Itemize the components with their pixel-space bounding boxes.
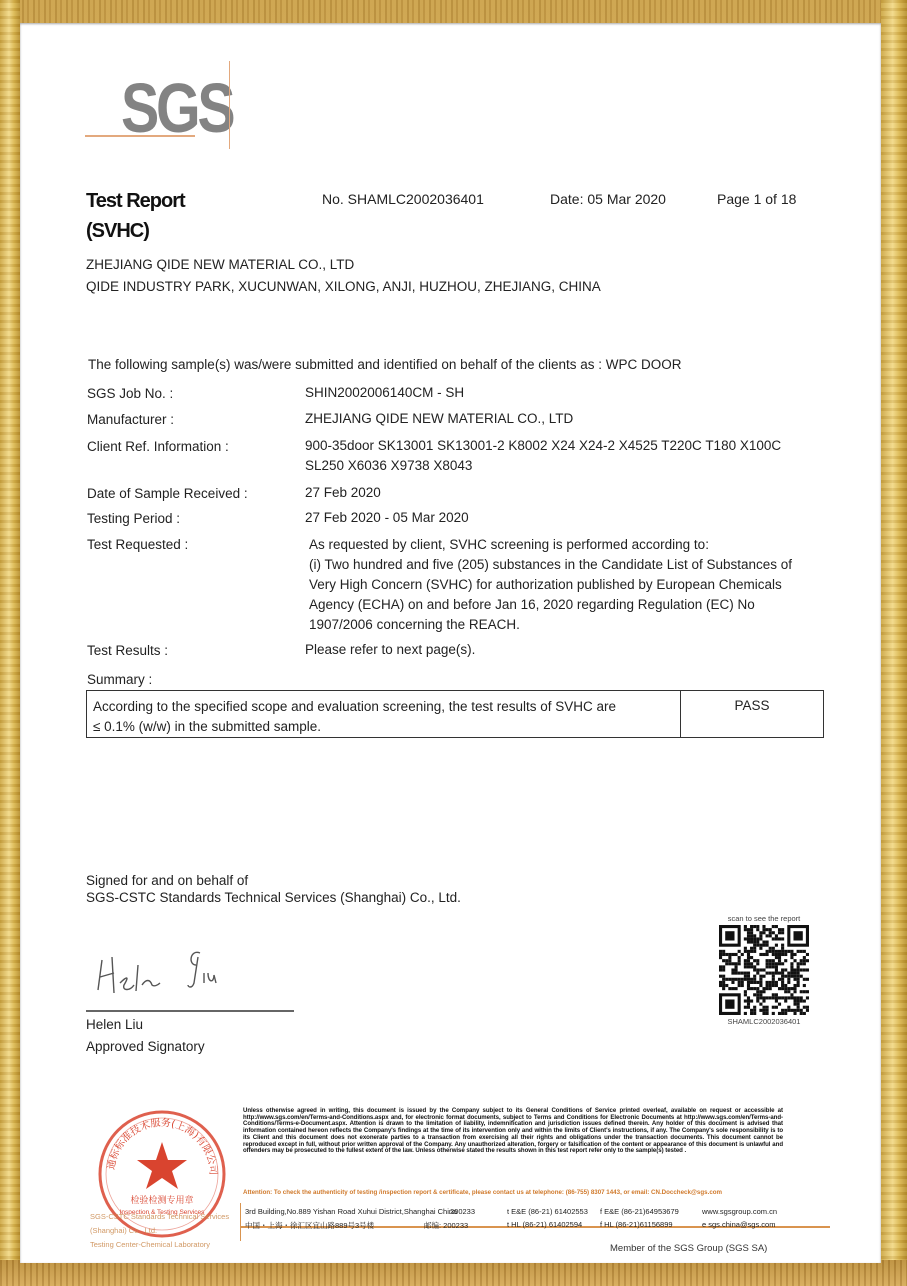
- logo-underline: [85, 135, 195, 137]
- footer-email-link[interactable]: e sgs.china@sgs.com: [702, 1220, 775, 1229]
- test-requested-line: (i) Two hundred and five (205) substance…: [309, 555, 792, 575]
- summary-table: According to the specified scope and eva…: [86, 690, 824, 738]
- manufacturer-label: Manufacturer :: [87, 412, 174, 427]
- report-title: Test Report (SVHC): [86, 186, 185, 246]
- qr-report-id: SHAMLC2002036401: [716, 1017, 812, 1026]
- test-requested-value: As requested by client, SVHC screening i…: [309, 535, 792, 635]
- test-requested-line: As requested by client, SVHC screening i…: [309, 535, 792, 555]
- footer-postcode-cn: 邮编: 200233: [424, 1220, 468, 1231]
- signature-line: [86, 1010, 294, 1012]
- summary-text-line2: ≤ 0.1% (w/w) in the submitted sample.: [93, 717, 674, 737]
- sample-intro: The following sample(s) was/were submitt…: [88, 357, 682, 372]
- title-line1: Test Report: [86, 186, 185, 216]
- summary-label: Summary :: [87, 672, 152, 687]
- job-no-value: SHIN2002006140CM - SH: [305, 383, 464, 403]
- qr-code-icon[interactable]: [719, 925, 809, 1015]
- client-ref-value: 900-35door SK13001 SK13001-2 K8002 X24 X…: [305, 436, 781, 476]
- summary-text-line1: According to the specified scope and eva…: [93, 697, 674, 717]
- testing-period-label: Testing Period :: [87, 511, 180, 526]
- test-requested-line: Agency (ECHA) on and before Jan 16, 2020…: [309, 595, 792, 615]
- report-number: No. SHAMLC2002036401: [322, 191, 484, 207]
- test-requested-label: Test Requested :: [87, 537, 188, 552]
- authenticity-notice: Attention: To check the authenticity of …: [243, 1189, 788, 1197]
- title-line2: (SVHC): [86, 216, 185, 246]
- stamp-caption-line1: SGS-CSTC Standards Technical Services (S…: [90, 1210, 245, 1238]
- member-of-sgs: Member of the SGS Group (SGS SA): [610, 1243, 767, 1254]
- test-requested-line: Very High Concern (SVHC) for authorizati…: [309, 575, 792, 595]
- footer-tel-hl: t HL (86-21) 61402594: [507, 1220, 582, 1229]
- stamp-caption: SGS-CSTC Standards Technical Services (S…: [90, 1210, 245, 1252]
- footer-address-en: 3rd Building,No.889 Yishan Road Xuhui Di…: [245, 1207, 457, 1216]
- signature-icon: [92, 935, 252, 1005]
- svg-text:检验检测专用章: 检验检测专用章: [130, 1194, 193, 1206]
- stamp-caption-line2: Testing Center-Chemical Laboratory: [90, 1238, 245, 1252]
- sgs-logo: SGS: [85, 60, 275, 150]
- footer-address-cn: 中国・上海・徐汇区宜山路889号3号楼: [245, 1220, 374, 1231]
- page-indicator: Page 1 of 18: [717, 191, 796, 207]
- test-results-value: Please refer to next page(s).: [305, 640, 475, 660]
- test-results-label: Test Results :: [87, 643, 168, 658]
- date-received-label: Date of Sample Received :: [87, 486, 248, 501]
- client-ref-line2: SL250 X6036 X9738 X8043: [305, 456, 781, 476]
- qr-caption: scan to see the report: [716, 914, 812, 923]
- signatory-name: Helen Liu: [86, 1017, 143, 1032]
- date-received-value: 27 Feb 2020: [305, 483, 381, 503]
- footer-fax-hl: f HL (86-21)61156899: [600, 1220, 673, 1229]
- handwritten-signature: [92, 935, 252, 1005]
- logo-vertical-line: [229, 61, 230, 149]
- client-name: ZHEJIANG QIDE NEW MATERIAL CO., LTD: [86, 257, 354, 272]
- client-ref-label: Client Ref. Information :: [87, 439, 229, 454]
- client-address: QIDE INDUSTRY PARK, XUCUNWAN, XILONG, AN…: [86, 279, 601, 294]
- client-ref-line1: 900-35door SK13001 SK13001-2 K8002 X24 X…: [305, 436, 781, 456]
- footer-tel-ee: t E&E (86-21) 61402553: [507, 1207, 588, 1216]
- signed-on-behalf: Signed for and on behalf of SGS-CSTC Sta…: [86, 872, 461, 906]
- signatory-role: Approved Signatory: [86, 1039, 205, 1054]
- frame-bottom: [0, 1260, 907, 1286]
- frame-right: [881, 0, 907, 1286]
- signed-line2: SGS-CSTC Standards Technical Services (S…: [86, 889, 461, 906]
- manufacturer-value: ZHEJIANG QIDE NEW MATERIAL CO., LTD: [305, 409, 573, 429]
- signed-line1: Signed for and on behalf of: [86, 872, 461, 889]
- legal-disclaimer: Unless otherwise agreed in writing, this…: [243, 1108, 783, 1155]
- footer-divider-vertical: [240, 1203, 241, 1241]
- qr-block: scan to see the report SHAMLC2002036401: [716, 914, 812, 1026]
- footer-postcode-en: 200233: [450, 1207, 475, 1216]
- footer-website-link[interactable]: www.sgsgroup.com.cn: [702, 1207, 777, 1216]
- test-requested-line: 1907/2006 concerning the REACH.: [309, 615, 792, 635]
- testing-period-value: 27 Feb 2020 - 05 Mar 2020: [305, 508, 469, 528]
- footer-fax-ee: f E&E (86-21)64953679: [600, 1207, 679, 1216]
- summary-text: According to the specified scope and eva…: [87, 691, 681, 737]
- job-no-label: SGS Job No. :: [87, 386, 173, 401]
- frame-left: [0, 0, 20, 1286]
- report-date: Date: 05 Mar 2020: [550, 191, 666, 207]
- summary-result: PASS: [681, 691, 823, 737]
